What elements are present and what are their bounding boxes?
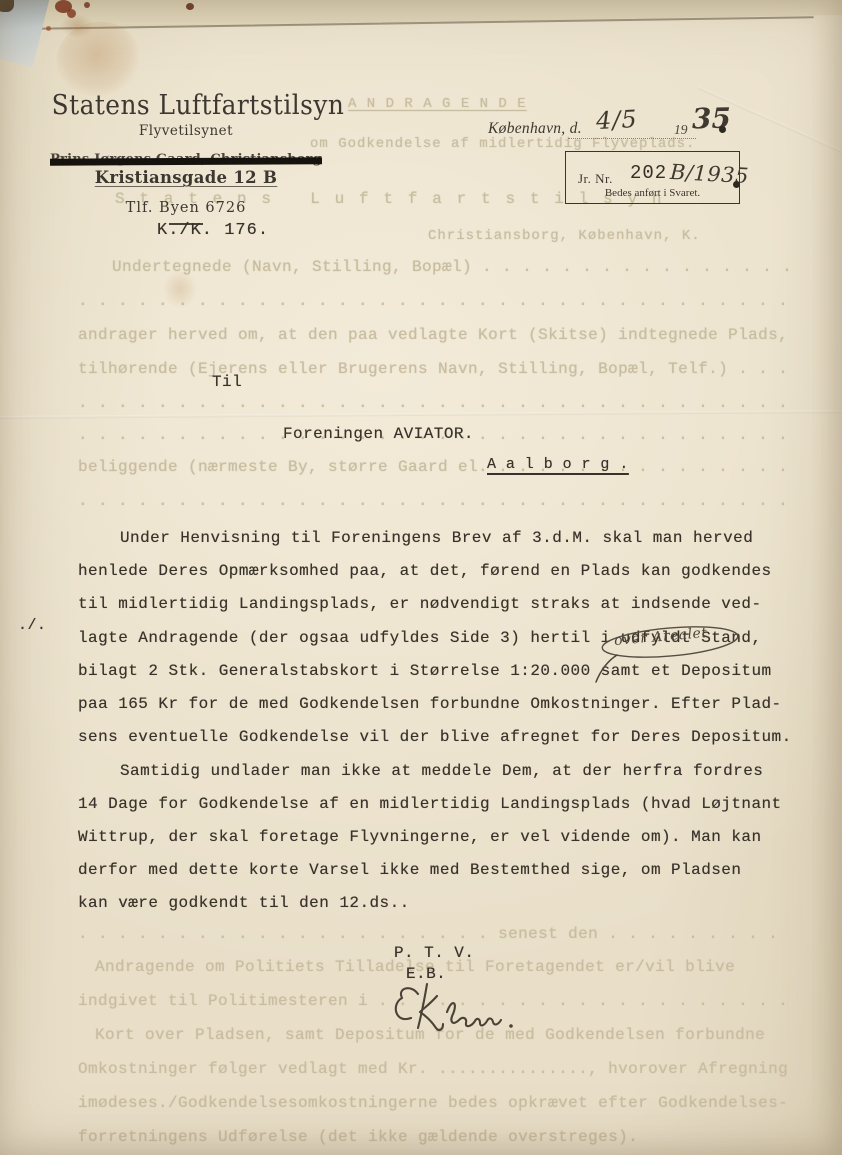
journal-number: 202: [630, 162, 667, 184]
ghost-line: Omkostninger følger vedlagt med Kr. ....…: [78, 1060, 788, 1078]
journal-number-box: Jr. Nr. 202 B/1935 Bedes anført i Svaret…: [565, 151, 740, 204]
ghost-line: A N D R A G E N D E: [348, 96, 527, 112]
closing-ptv: P. T. V.: [394, 943, 474, 963]
body-line: paa 165 Kr for de med Godkendelsen forbu…: [78, 694, 782, 714]
ghost-line: tilhørende (Ejerens eller Brugerens Navn…: [78, 360, 788, 378]
body-line: henlede Deres Opmærksomhed paa, at det, …: [78, 561, 772, 581]
letterhead: Statens Luftfartstilsyn Flyvetilsynet Pr…: [40, 90, 332, 225]
journal-note: Bedes anført i Svaret.: [566, 187, 739, 199]
document-scan: A N D R A G E N D E om Godkendelse af mi…: [0, 0, 842, 1155]
ghost-line: Undertegnede (Navn, Stilling, Bopæl) . .…: [112, 258, 792, 276]
file-reference: K./K. 176.: [157, 221, 269, 241]
ink-spot: [84, 2, 90, 8]
body-line: kan være godkendt til den 12.ds..: [78, 893, 410, 913]
ghost-line: beliggende (nærmeste By, større Gaard el…: [78, 458, 788, 476]
ink-period: [733, 181, 740, 188]
body-line: derfor med dette korte Varsel ikke med B…: [78, 860, 741, 880]
phone-number: Tlf. Byen 6726: [40, 200, 332, 216]
ghost-line: andrager herved om, at den paa vedlagte …: [78, 326, 788, 344]
body-line: Wittrup, der skal foretage Flyvningerne,…: [78, 827, 762, 847]
ghost-line: . . . . . . . . . . . . . . . . . . . . …: [78, 394, 788, 412]
recipient-to-label: Til: [212, 372, 242, 392]
signature: [385, 972, 525, 1042]
recipient-city: A a l b o r g .: [487, 455, 629, 475]
date-place-label: København, d.: [488, 120, 582, 138]
enclosure-mark: ./.: [18, 616, 46, 636]
street-address: Kristiansgade 12 B: [40, 168, 332, 187]
printed-year-prefix: 19: [674, 122, 688, 138]
ink-spot: [67, 9, 76, 18]
body-line: til midlertidig Landingsplads, er nødven…: [78, 594, 762, 614]
body-line: sens eventuelle Godkendelse vil der bliv…: [78, 727, 792, 747]
ghost-line: . . . . . . . . . . . . . . . . . . . . …: [78, 925, 778, 943]
ink-spot: [186, 3, 194, 10]
ghost-line: Christiansborg, København, K.: [428, 228, 701, 244]
org-name: Statens Luftfartstilsyn: [52, 90, 321, 121]
org-division: Flyvetilsynet: [40, 123, 332, 139]
struck-old-address: Prins Jørgens Gaard, Christiansborg: [40, 152, 332, 167]
ink-period: [719, 126, 726, 133]
body-line: Samtidig undlader man ikke at meddele De…: [120, 761, 763, 781]
insertion-caret: [596, 655, 617, 682]
ghost-line: . . . . . . . . . . . . . . . . . . . . …: [78, 492, 788, 510]
handwritten-day: 4/5: [595, 105, 638, 135]
stain: [163, 270, 197, 308]
journal-label: Jr. Nr.: [578, 171, 613, 187]
ghost-line: forretningens Udførelse (det ikke gælden…: [78, 1128, 638, 1146]
body-line: Under Henvisning til Foreningens Brev af…: [120, 528, 753, 548]
ghost-line: imødeses./Godkendelsesomkostningerne bed…: [78, 1094, 788, 1112]
ink-spot: [46, 26, 51, 31]
stain: [60, 14, 94, 38]
body-line: 14 Dage for Godkendelse af en midlertidi…: [78, 794, 782, 814]
date-dotted-rule: [568, 138, 696, 139]
annotation-circle: [578, 612, 768, 692]
recipient-name: Foreningen AVIATOR.: [283, 424, 474, 444]
